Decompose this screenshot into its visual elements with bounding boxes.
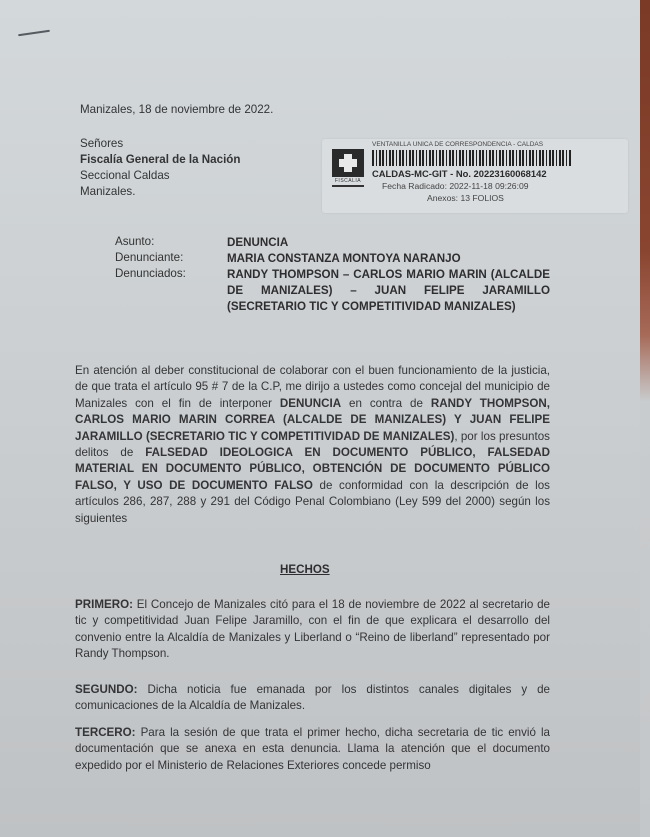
hecho-label: PRIMERO: [75, 598, 133, 611]
denunciados-value: RANDY THOMPSON – CARLOS MARIO MARIN (ALC… [227, 267, 550, 315]
hecho-label: SEGUNDO: [75, 683, 137, 696]
hecho-label: TERCERO: [75, 726, 136, 739]
hecho-tercero: TERCERO: Para la sesión de que trata el … [75, 725, 550, 774]
recipient-section: Seccional Caldas [80, 168, 240, 184]
document-page: Manizales, 18 de noviembre de 2022. Seño… [0, 0, 640, 837]
recipient-city: Manizales. [80, 184, 240, 200]
intro-text-2: en contra de [341, 397, 431, 410]
anexos: Anexos: 13 FOLIOS [427, 193, 504, 203]
stamp-header: VENTANILLA UNICA DE CORRESPONDENCIA - CA… [372, 141, 543, 148]
recipient-salutation: Señores [80, 136, 240, 152]
hecho-primero: PRIMERO: El Concejo de Manizales citó pa… [75, 597, 550, 663]
hecho-text: El Concejo de Manizales citó para el 18 … [75, 598, 550, 660]
recipient-organization: Fiscalía General de la Nación [80, 152, 240, 168]
logo-label: FISCALIA [332, 178, 364, 184]
denunciados-label: Denunciados: [115, 267, 186, 280]
fiscalia-logo-icon: FISCALIA [332, 149, 364, 189]
radicado-number: CALDAS-MC-GIT - No. 20223160068142 [372, 168, 547, 179]
intro-bold-denuncia: DENUNCIA [280, 397, 341, 410]
hecho-text: Para la sesión de que trata el primer he… [75, 726, 550, 772]
hecho-segundo: SEGUNDO: Dicha noticia fue emanada por l… [75, 682, 550, 715]
intro-paragraph: En atención al deber constitucional de c… [75, 363, 550, 527]
filing-stamp-label: FISCALIA VENTANILLA UNICA DE CORRESPONDE… [322, 139, 628, 213]
asunto-label: Asunto: [115, 235, 154, 248]
fecha-radicado: Fecha Radicado: 2022-11-18 09:26:09 [382, 181, 529, 191]
denunciante-value: MARIA CONSTANZA MONTOYA NARANJO [227, 251, 550, 267]
hecho-text: Dicha noticia fue emanada por los distin… [75, 683, 550, 712]
hechos-heading: HECHOS [280, 563, 330, 576]
denunciante-label: Denunciante: [115, 251, 183, 264]
desk-edge [640, 0, 650, 837]
place-date: Manizales, 18 de noviembre de 2022. [80, 102, 273, 118]
asunto-value: DENUNCIA [227, 235, 550, 251]
barcode-icon [372, 150, 572, 166]
pen-mark [18, 30, 50, 36]
recipient-block: Señores Fiscalía General de la Nación Se… [80, 136, 240, 200]
